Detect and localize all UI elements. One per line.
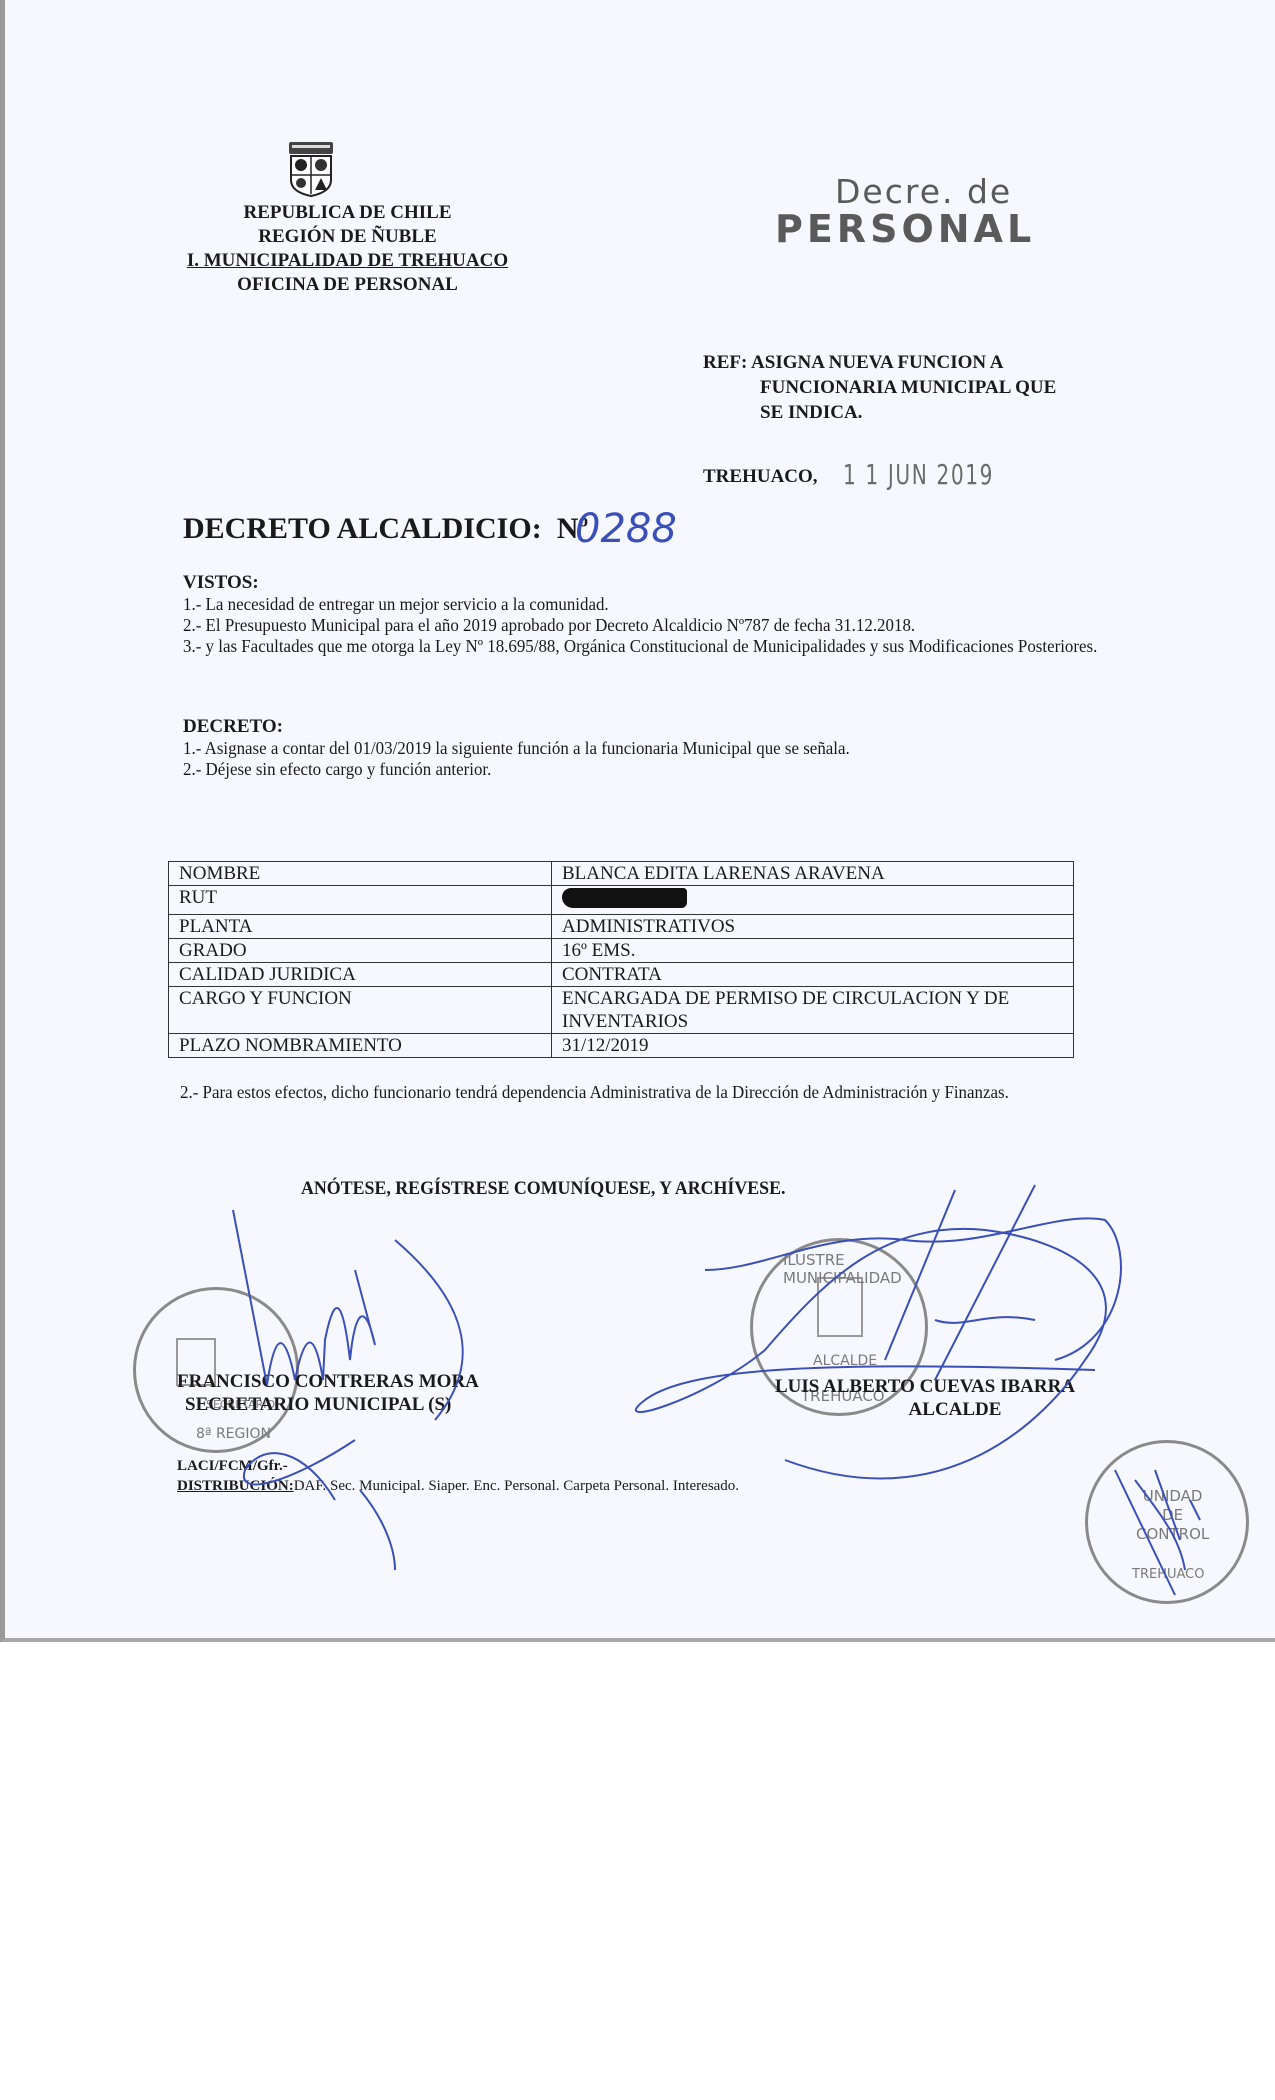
mayor-title: ALCALDE: [755, 1398, 1095, 1421]
header-line-region: REGIÓN DE ÑUBLE: [175, 225, 520, 249]
employee-table: NOMBRE BLANCA EDITA LARENAS ARAVENA RUT …: [168, 861, 1074, 1058]
distribution-label: DISTRIBUCIÓN:: [177, 1478, 294, 1494]
closing-formula: ANÓTESE, REGÍSTRESE COMUNÍQUESE, Y ARCHÍ…: [301, 1178, 785, 1199]
ref-line-3: SE INDICA.: [703, 400, 1056, 425]
control-seal-line: CONTROL: [1136, 1525, 1209, 1544]
seal-region: 8ª REGION: [196, 1426, 271, 1442]
control-seal-line: UNIDAD: [1136, 1487, 1209, 1506]
decree-section: DECRETO: 1.- Asignase a contar del 01/03…: [183, 716, 1113, 780]
stamp-line-1: Decre. de: [835, 172, 1035, 211]
header-line-country: REPUBLICA DE CHILE: [175, 201, 520, 225]
control-seal-city: TREHUACO: [1132, 1567, 1204, 1582]
row-value-rut: [552, 886, 1074, 915]
mayor-name: LUIS ALBERTO CUEVAS IBARRA: [755, 1375, 1095, 1398]
row-label-calidad: CALIDAD JURIDICA: [169, 963, 552, 987]
redaction-mark: [562, 888, 687, 908]
vistos-section: VISTOS: 1.- La necesidad de entregar un …: [183, 572, 1113, 657]
stamp-line-2: PERSONAL: [775, 207, 1035, 251]
table-row: RUT: [169, 886, 1074, 915]
header-line-office: OFICINA DE PERSONAL: [175, 273, 520, 297]
decree-title: DECRETO ALCALDICIO: Nº: [183, 512, 588, 546]
distribution-list: DAF. Sec. Municipal. Siaper. Enc. Person…: [294, 1478, 739, 1494]
scanned-page: REPUBLICA DE CHILE REGIÓN DE ÑUBLE I. MU…: [0, 0, 1275, 1642]
row-value-grado: 16º EMS.: [552, 939, 1074, 963]
decree-item-2: 2.- Déjese sin efecto cargo y función an…: [183, 759, 1057, 780]
decree-section-title: DECRETO:: [183, 716, 1113, 738]
decree-item-1: 1.- Asignase a contar del 01/03/2019 la …: [183, 738, 1057, 759]
mayor-signature-block: LUIS ALBERTO CUEVAS IBARRA ALCALDE: [755, 1375, 1095, 1421]
vistos-item-2: 2.- El Presupuesto Municipal para el año…: [183, 615, 1057, 636]
decree-number-handwritten: 0288: [575, 506, 677, 552]
initials: LACI/FCM/Gfr.-: [177, 1458, 288, 1475]
date-stamp: 1 1 JUN 2019: [843, 458, 994, 491]
row-label-nombre: NOMBRE: [169, 862, 552, 886]
reference-block: REF: ASIGNA NUEVA FUNCION A FUNCIONARIA …: [703, 350, 1056, 425]
vistos-item-3: 3.- y las Facultades que me otorga la Le…: [183, 636, 1114, 657]
row-value-cargo: ENCARGADA DE PERMISO DE CIRCULACION Y DE…: [552, 987, 1074, 1034]
row-label-rut: RUT: [169, 886, 552, 915]
ref-line-1: ASIGNA NUEVA FUNCION A: [751, 352, 1004, 373]
row-label-grado: GRADO: [169, 939, 552, 963]
institution-header: REPUBLICA DE CHILE REGIÓN DE ÑUBLE I. MU…: [175, 201, 520, 297]
secretary-title: SECRETARIO MUNICIPAL (S): [177, 1393, 479, 1416]
coat-of-arms-icon: [283, 140, 339, 198]
header-line-municipality: I. MUNICIPALIDAD DE TREHUACO: [175, 249, 520, 273]
table-row: GRADO 16º EMS.: [169, 939, 1074, 963]
row-value-nombre: BLANCA EDITA LARENAS ARAVENA: [552, 862, 1074, 886]
distribution-line: DISTRIBUCIÓN:DAF. Sec. Municipal. Siaper…: [177, 1478, 739, 1495]
vistos-item-1: 1.- La necesidad de entregar un mejor se…: [183, 594, 1057, 615]
control-seal-center: UNIDAD DE CONTROL: [1136, 1487, 1209, 1544]
table-row: CARGO Y FUNCION ENCARGADA DE PERMISO DE …: [169, 987, 1074, 1034]
table-row: PLAZO NOMBRAMIENTO 31/12/2019: [169, 1034, 1074, 1058]
row-label-plazo: PLAZO NOMBRAMIENTO: [169, 1034, 552, 1058]
table-row: CALIDAD JURIDICA CONTRATA: [169, 963, 1074, 987]
row-value-planta: ADMINISTRATIVOS: [552, 915, 1074, 939]
secretary-signature-block: FRANCISCO CONTRERAS MORA SECRETARIO MUNI…: [177, 1370, 479, 1416]
seal-text: ALCALDE: [813, 1353, 877, 1369]
dependency-paragraph: 2.- Para estos efectos, dicho funcionari…: [180, 1082, 1120, 1103]
row-label-planta: PLANTA: [169, 915, 552, 939]
vistos-title: VISTOS:: [183, 572, 1113, 594]
control-unit-seal: UNIDAD DE CONTROL TREHUACO: [1085, 1440, 1249, 1604]
table-row: NOMBRE BLANCA EDITA LARENAS ARAVENA: [169, 862, 1074, 886]
decree-title-text: DECRETO ALCALDICIO:: [183, 512, 542, 545]
secretary-name: FRANCISCO CONTRERAS MORA: [177, 1370, 479, 1393]
ref-label: REF:: [703, 352, 747, 373]
row-label-cargo: CARGO Y FUNCION: [169, 987, 552, 1034]
place-label: TREHUACO,: [703, 466, 818, 488]
ref-line-2: FUNCIONARIA MUNICIPAL QUE: [703, 375, 1056, 400]
row-value-calidad: CONTRATA: [552, 963, 1074, 987]
row-value-plazo: 31/12/2019: [552, 1034, 1074, 1058]
control-seal-line: DE: [1136, 1506, 1209, 1525]
personal-stamp: Decre. de PERSONAL: [775, 172, 1035, 251]
seal-ring-text: ILUSTRE MUNICIPALIDAD: [783, 1251, 925, 1287]
table-row: PLANTA ADMINISTRATIVOS: [169, 915, 1074, 939]
